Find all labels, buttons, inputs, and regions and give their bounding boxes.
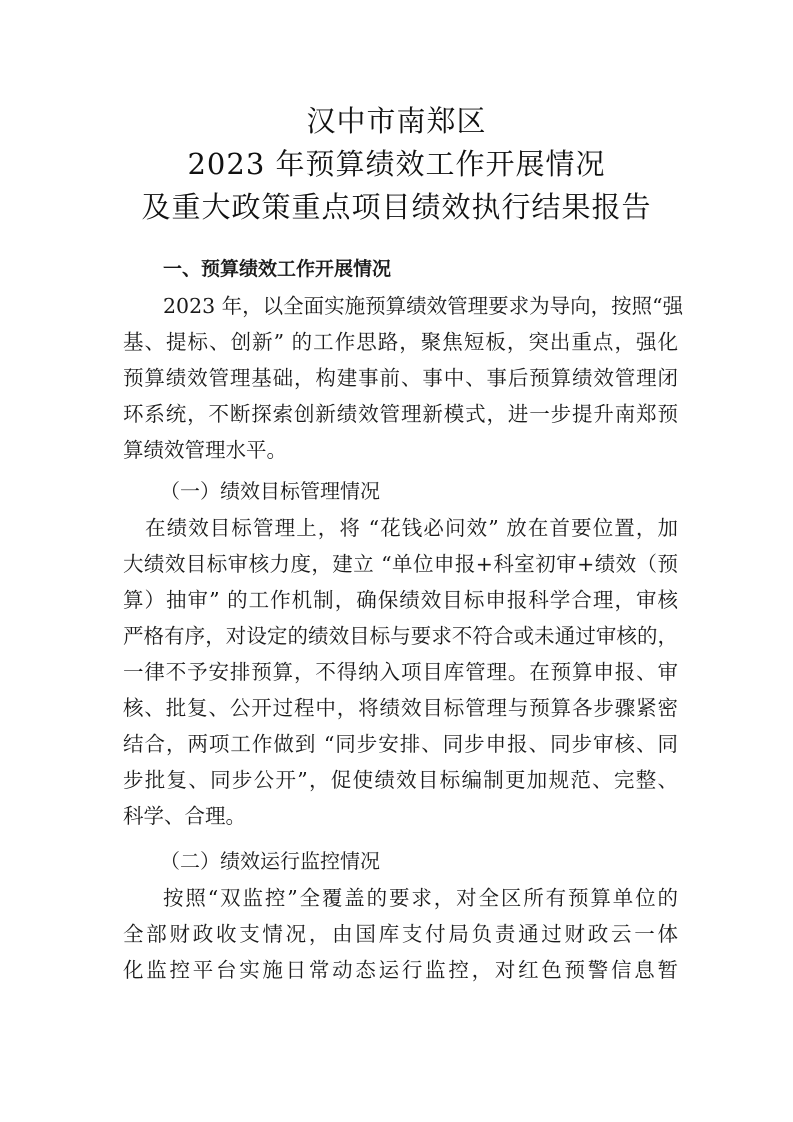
paragraph-line: 科学、合理。 [123,803,678,829]
paragraph-line: 算）抽审” 的工作机制，确保绩效目标申报科学合理，审核 [123,587,678,613]
document-page: 汉中市南郑区 2023 年预算绩效工作开展情况 及重大政策重点项目绩效执行结果报… [0,0,793,1122]
subsection-heading-1: （一）绩效目标管理情况 [160,478,380,504]
title-line-2: 2023 年预算绩效工作开展情况 [0,147,793,181]
paragraph-line: 预算绩效管理基础，构建事前、事中、事后预算绩效管理闭 [123,365,678,391]
paragraph-line: 环系统，不断探索创新绩效管理新模式，进一步提升南郑预 [123,401,678,427]
section-heading-1: 一、预算绩效工作开展情况 [163,256,391,282]
paragraph-line: 严格有序，对设定的绩效目标与要求不符合或未通过审核的， [123,623,678,649]
paragraph-line: 一律不予安排预算，不得纳入项目库管理。在预算申报、审 [123,659,678,685]
paragraph-line: 按照“双监控”全覆盖的要求，对全区所有预算单位的 [163,885,678,911]
paragraph-line: 化监控平台实施日常动态运行监控，对红色预警信息暂 [123,957,678,983]
paragraph-line: 算绩效管理水平。 [123,437,678,463]
paragraph-line: 全部财政收支情况，由国库支付局负责通过财政云一体 [123,921,678,947]
title-line-3: 及重大政策重点项目绩效执行结果报告 [0,190,793,224]
paragraph-line: 核、批复、公开过程中，将绩效目标管理与预算各步骤紧密 [123,695,678,721]
paragraph-line: 2023 年，以全面实施预算绩效管理要求为导向，按照“强 [163,293,678,319]
paragraph-line: 在绩效目标管理上，将 “花钱必问效” 放在首要位置，加 [145,515,678,541]
paragraph-line: 结合，两项工作做到 “同步安排、同步申报、同步审核、同 [123,731,678,757]
title-line-1: 汉中市南郑区 [0,104,793,138]
paragraph-line: 大绩效目标审核力度，建立 “单位申报+科室初审+绩效（预 [123,551,678,577]
subsection-heading-2: （二）绩效运行监控情况 [160,848,380,874]
paragraph-line: 基、提标、创新” 的工作思路，聚焦短板，突出重点，强化 [123,329,678,355]
paragraph-line: 步批复、同步公开”，促使绩效目标编制更加规范、完整、 [123,767,678,793]
